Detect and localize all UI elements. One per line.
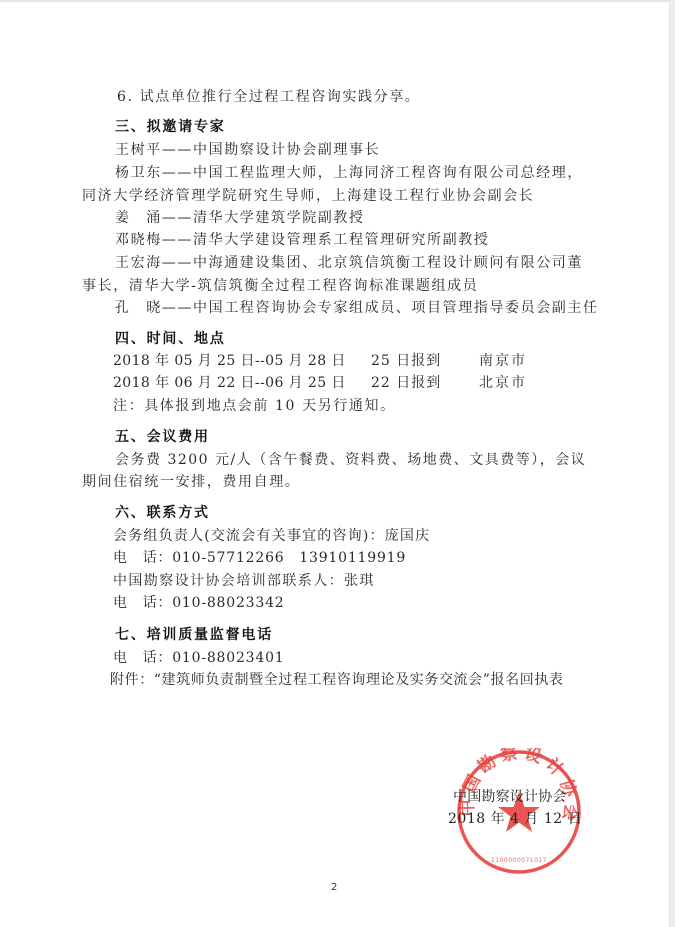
schedule-note: 注：具体报到地点会前 10 天另行通知。 [113,397,396,415]
svg-text:1100000071017: 1100000071017 [491,857,547,864]
schedule-city: 北京市 [479,374,527,392]
schedule-checkin: 25 日报到 [371,352,441,370]
schedule-dates: 2018 年 06 月 22 日--06 月 25 日 [113,374,346,392]
section-4-heading: 四、时间、地点 [115,330,226,348]
fee-line-continued: 期间住宿统一安排，费用自理。 [82,473,300,491]
signature-date: 2018 年 4 月 12 日 [448,810,582,828]
scrollbar-track[interactable] [669,0,675,927]
fee-line: 会务费 3200 元/人（含午餐费、资料费、场地费、文具费等），会议 [115,451,586,469]
section-3-heading: 三、拟邀请专家 [115,118,226,136]
agenda-item-6: 6. 试点单位推行全过程工程咨询实践分享。 [117,88,420,106]
expert-line: 王宏海——中海通建设集团、北京筑信筑衡工程设计顾问有限公司董 [115,254,583,272]
section-5-heading: 五、会议费用 [115,428,210,446]
signature-org: 中国勘察设计协会 [453,788,567,806]
page-number: 2 [331,882,337,893]
attachment-line: 附件：“建筑师负责制暨全过程工程咨询理论及实务交流会”报名回执表 [110,671,564,689]
expert-line-continued: 同济大学经济管理学院研究生导师，上海建设工程行业协会副会长 [82,187,534,205]
expert-line: 王树平——中国勘察设计协会副理事长 [115,141,380,159]
expert-line: 孔 晓——中国工程咨询协会专家组成员、项目管理指导委员会副主任 [115,299,599,317]
page-top-border [0,0,675,2]
contact-phone: 电 话：010-57712266 13910119919 [113,549,406,567]
expert-line-continued: 事长，清华大学-筑信筑衡全过程工程咨询标准课题组成员 [82,277,478,295]
supervision-phone: 电 话：010-88023401 [113,649,285,667]
schedule-city: 南京市 [479,352,527,370]
training-phone: 电 话：010-88023342 [113,594,285,612]
schedule-checkin: 22 日报到 [371,374,441,392]
section-6-heading: 六、联系方式 [115,504,210,522]
contact-person: 会务组负责人(交流会有关事宜的咨询)：庞国庆 [113,527,430,545]
section-7-heading: 七、培训质量监督电话 [115,626,273,644]
training-contact: 中国勘察设计协会培训部联系人：张琪 [113,572,375,590]
schedule-dates: 2018 年 05 月 25 日--05 月 28 日 [113,352,346,370]
expert-line: 杨卫东——中国工程监理大师，上海同济工程咨询有限公司总经理， [115,164,583,182]
expert-line: 邓晓梅——清华大学建设管理系工程管理研究所副教授 [115,231,489,249]
expert-line: 姜 涌——清华大学建筑学院副教授 [115,209,365,227]
